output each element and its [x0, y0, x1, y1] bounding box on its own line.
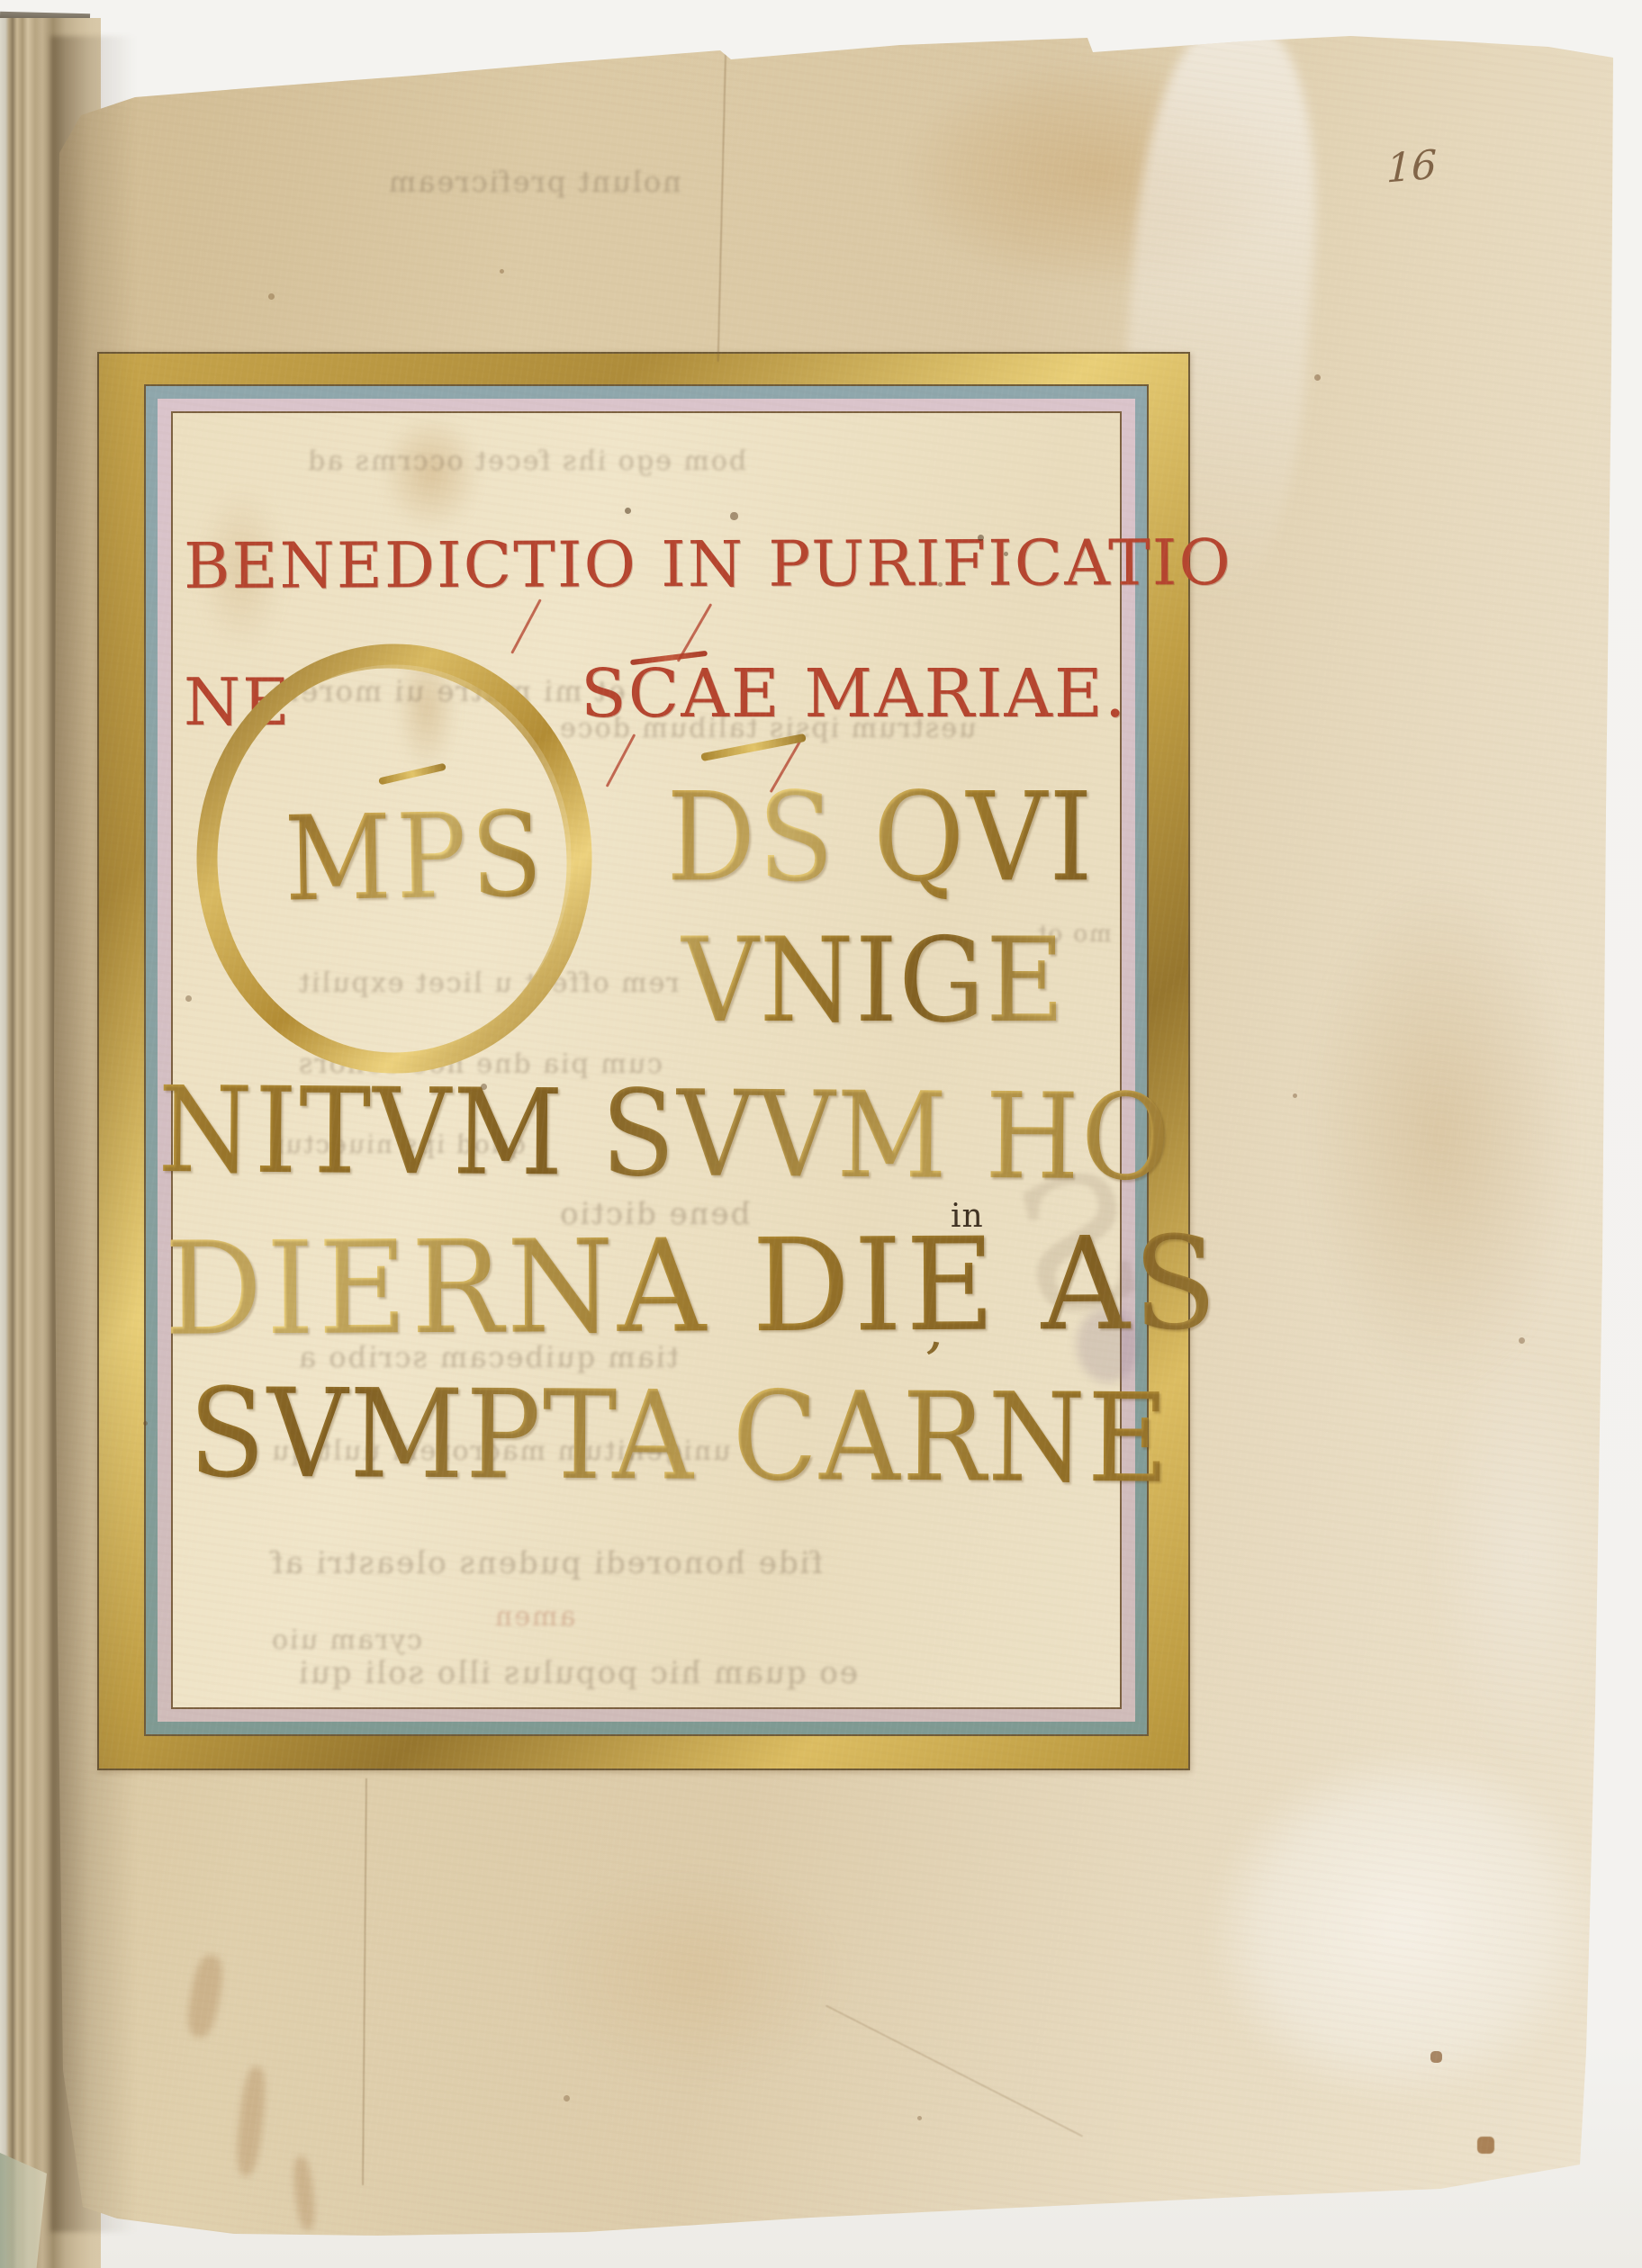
manuscript-photo: nolunt preficream bom ego ihs fecet occr…	[0, 0, 1642, 2268]
parchment-specks	[0, 0, 3, 3]
parchment-grain	[0, 0, 1642, 2268]
parchment-page: nolunt preficream bom ego ihs fecet occr…	[0, 0, 1642, 2268]
gutter-shadow	[50, 36, 136, 2232]
